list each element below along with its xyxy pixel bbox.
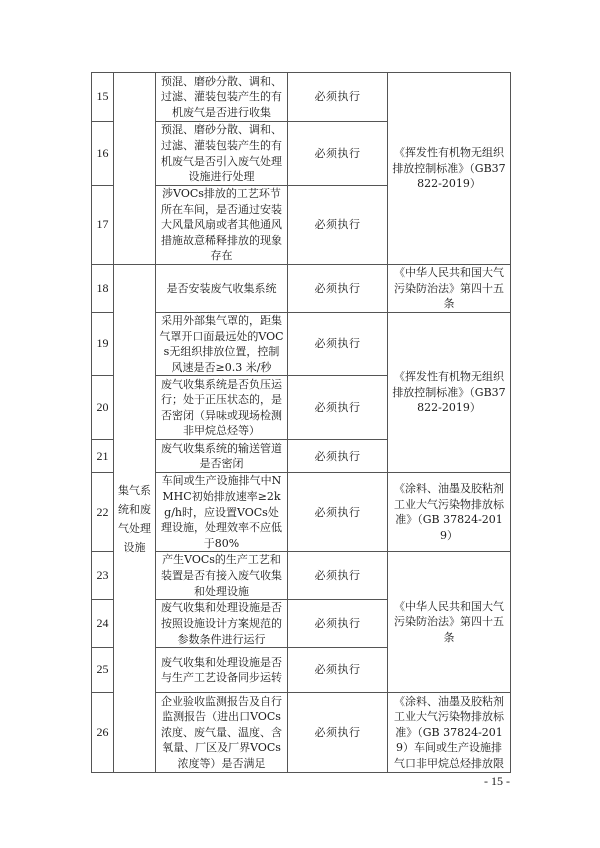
check-item: 涉VOCs排放的工艺环节所在车间，是否通过安装大风量风扇或者其他通风措施故意稀释…	[156, 186, 288, 265]
requirement: 必须执行	[288, 600, 388, 648]
requirement: 必须执行	[288, 648, 388, 693]
requirement: 必须执行	[288, 264, 388, 312]
category-cell	[114, 73, 156, 265]
row-number: 25	[92, 648, 114, 693]
check-item: 废气收集和处理设施是否按照设施设计方案规范的参数条件进行运行	[156, 600, 288, 648]
row-number: 24	[92, 600, 114, 648]
requirement: 必须执行	[288, 73, 388, 122]
check-item: 企业验收监测报告及自行监测报告（进出口VOCs浓度、废气量、温度、含氧量、厂区及…	[156, 693, 288, 773]
row-number: 23	[92, 552, 114, 600]
legal-basis: 《中华人民共和国大气污染防治法》第四十五条	[388, 552, 511, 693]
row-number: 16	[92, 122, 114, 186]
row-number: 26	[92, 693, 114, 773]
check-item: 废气收集和处理设施是否与生产工艺设备同步运转	[156, 648, 288, 693]
legal-basis: 《挥发性有机物无组织排放控制标准》（GB37822-2019）	[388, 73, 511, 265]
row-number: 18	[92, 264, 114, 312]
row-number: 17	[92, 186, 114, 265]
page-number: - 15 -	[484, 774, 510, 789]
requirement: 必须执行	[288, 186, 388, 265]
requirement: 必须执行	[288, 122, 388, 186]
row-number: 15	[92, 73, 114, 122]
legal-basis: 《中华人民共和国大气污染防治法》第四十五条	[388, 264, 511, 312]
check-item: 预混、磨砂分散、调和、过滤、灌装包装产生的有机废气是否引入废气处理设施进行处理	[156, 122, 288, 186]
legal-basis: 《涂料、油墨及胶粘剂工业大气污染物排放标准》（GB 37824-2019）	[388, 473, 511, 552]
check-item: 产生VOCs的生产工艺和装置是否有接入废气收集和处理设施	[156, 552, 288, 600]
check-item: 是否安装废气收集系统	[156, 264, 288, 312]
row-number: 20	[92, 376, 114, 440]
row-number: 21	[92, 440, 114, 473]
legal-basis: 《涂料、油墨及胶粘剂工业大气污染物排放标准》（GB 37824-2019）车间或…	[388, 693, 511, 773]
check-item: 车间或生产设施排气中NMHC初始排放速率≥2kg/h时，应设置VOCs处理设施，…	[156, 473, 288, 552]
category-cell: 集气系统和废气处理设施	[114, 264, 156, 772]
requirement: 必须执行	[288, 376, 388, 440]
requirement: 必须执行	[288, 312, 388, 375]
requirement: 必须执行	[288, 552, 388, 600]
check-item: 废气收集系统的输送管道是否密闭	[156, 440, 288, 473]
row-number: 22	[92, 473, 114, 552]
requirement: 必须执行	[288, 693, 388, 773]
inspection-checklist-table: 15 预混、磨砂分散、调和、过滤、灌装包装产生的有机废气是否进行收集 必须执行 …	[91, 72, 511, 773]
check-item: 预混、磨砂分散、调和、过滤、灌装包装产生的有机废气是否进行收集	[156, 73, 288, 122]
check-item: 采用外部集气罩的，距集气罩开口面最远处的VOCs无组织排放位置，控制风速是否≥0…	[156, 312, 288, 375]
row-number: 19	[92, 312, 114, 375]
requirement: 必须执行	[288, 473, 388, 552]
check-item: 废气收集系统是否负压运行；处于正压状态的，是否密闭（异味或现场检测非甲烷总烃等）	[156, 376, 288, 440]
table-row: 18 集气系统和废气处理设施 是否安装废气收集系统 必须执行 《中华人民共和国大…	[92, 264, 511, 312]
legal-basis: 《挥发性有机物无组织排放控制标准》（GB37822-2019）	[388, 312, 511, 472]
table-row: 15 预混、磨砂分散、调和、过滤、灌装包装产生的有机废气是否进行收集 必须执行 …	[92, 73, 511, 122]
requirement: 必须执行	[288, 440, 388, 473]
